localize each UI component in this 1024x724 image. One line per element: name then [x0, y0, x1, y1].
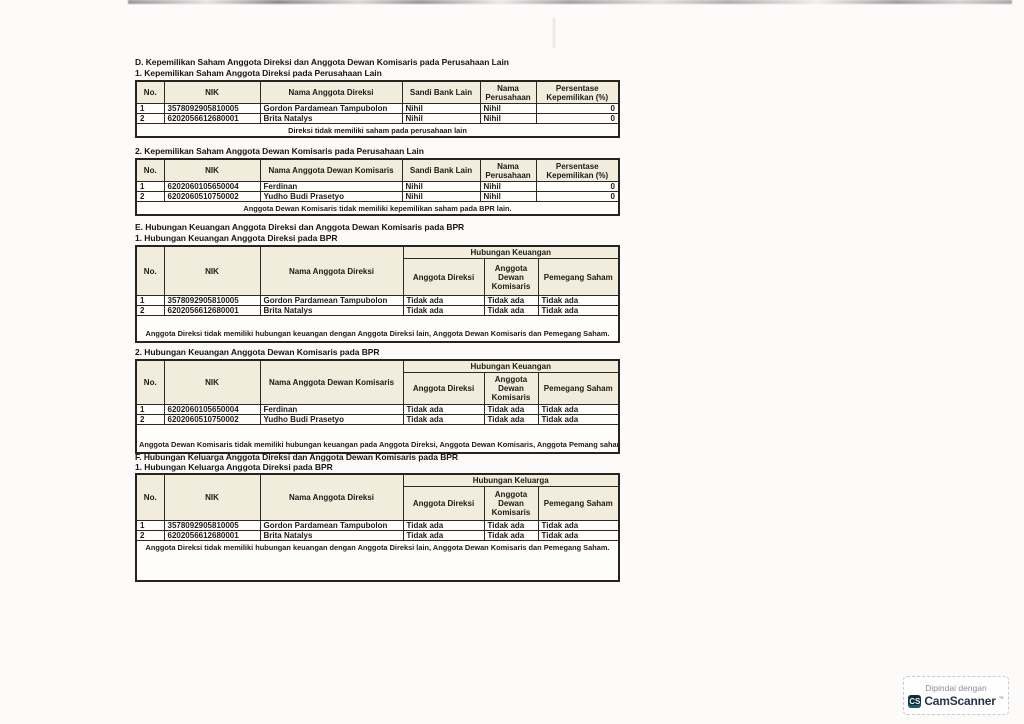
column-header: Anggota Dewan Komisaris	[484, 373, 538, 405]
table-cell: 2	[136, 306, 164, 316]
table-hubungan-keluarga-direksi: No. NIK Nama Anggota Direksi Hubungan Ke…	[135, 473, 620, 582]
table-e2-label: 2. Hubungan Keuangan Anggota Dewan Komis…	[135, 347, 618, 358]
group-header-row: No. NIK Nama Anggota Direksi Hubungan Ke…	[136, 246, 619, 259]
table-cell: 1	[136, 521, 164, 531]
column-header: No.	[136, 81, 164, 104]
scan-edge-artifact	[128, 0, 1012, 4]
column-header: Pemegang Saham	[538, 487, 619, 521]
table-cell: Tidak ada	[484, 296, 538, 306]
table-cell: Nihil	[480, 104, 536, 114]
table-f1-label: 1. Hubungan Keluarga Anggota Direksi pad…	[135, 462, 618, 472]
table-cell: Nihil	[402, 114, 480, 124]
table-cell: Nihil	[480, 192, 536, 202]
table-row: 16202060105650004FerdinanNihilNihil0	[136, 182, 619, 192]
trademark-symbol: ™	[999, 696, 1004, 702]
column-header: No.	[136, 246, 164, 296]
table-cell: Tidak ada	[538, 521, 619, 531]
footer-row: Anggota Dewan Komisaris tidak memiliki k…	[136, 202, 619, 216]
column-header: Sandi Bank Lain	[402, 159, 480, 182]
section-d-table2: 2. Kepemilikan Saham Anggota Dewan Komis…	[135, 146, 618, 216]
camscanner-brand-row: CS CamScanner ™	[908, 694, 1003, 708]
table-hubungan-keuangan-dewan-komisaris: No. NIK Nama Anggota Dewan Komisaris Hub…	[135, 359, 620, 454]
table-cell: Tidak ada	[484, 521, 538, 531]
table-cell: Nihil	[402, 192, 480, 202]
footer-row: Anggota Direksi tidak memiliki hubungan …	[136, 541, 619, 582]
table-cell: Nihil	[402, 104, 480, 114]
section-d-share-ownership: D. Kepemilikan Saham Anggota Direksi dan…	[135, 57, 618, 138]
table-row: 26202060510750002Yudho Budi PrasetyoTida…	[136, 415, 619, 425]
table-footnote: Direksi tidak memiliki saham pada perusa…	[136, 124, 619, 138]
table-row: 26202056612680001Brita NatalysTidak adaT…	[136, 306, 619, 316]
table-cell: 6202060105650004	[164, 182, 260, 192]
column-header: NIK	[164, 246, 260, 296]
column-header: Anggota Dewan Komisaris	[484, 487, 538, 521]
table-cell: 2	[136, 192, 164, 202]
table-cell: Yudho Budi Prasetyo	[260, 192, 402, 202]
table-cell: Tidak ada	[403, 531, 484, 541]
table-cell: 1	[136, 182, 164, 192]
section-e-table2: 2. Hubungan Keuangan Anggota Dewan Komis…	[135, 347, 618, 454]
camscanner-caption: Dipindai dengan	[925, 683, 986, 693]
group-header-row: No. NIK Nama Anggota Dewan Komisaris Hub…	[136, 360, 619, 373]
table-body: 13578092905810005Gordon Pardamean Tampub…	[136, 521, 619, 541]
table-hubungan-keuangan-direksi: No. NIK Nama Anggota Direksi Hubungan Ke…	[135, 245, 620, 343]
table-row: 26202056612680001Brita NatalysTidak adaT…	[136, 531, 619, 541]
column-header: Anggota Direksi	[403, 259, 484, 296]
column-header: Persentase Kepemilikan (%)	[536, 159, 619, 182]
table-cell: 3578092905810005	[164, 521, 260, 531]
table-body: 16202060105650004FerdinanNihilNihil02620…	[136, 182, 619, 202]
table-cell: Brita Natalys	[260, 306, 403, 316]
column-header: No.	[136, 159, 164, 182]
table-cell: Gordon Pardamean Tampubolon	[260, 104, 402, 114]
table-saham-direksi: No. NIK Nama Anggota Direksi Sandi Bank …	[135, 80, 620, 138]
table-body: 13578092905810005Gordon Pardamean Tampub…	[136, 296, 619, 316]
camscanner-logo-icon: CS	[908, 695, 921, 708]
column-header: Sandi Bank Lain	[402, 81, 480, 104]
table-saham-dewan-komisaris: No. NIK Nama Anggota Dewan Komisaris San…	[135, 158, 620, 216]
column-header: Nama Anggota Dewan Komisaris	[260, 360, 403, 405]
camscanner-brand-name: CamScanner	[924, 694, 995, 708]
group-column-header: Hubungan Keuangan	[403, 360, 619, 373]
table-row: 13578092905810005Gordon Pardamean Tampub…	[136, 296, 619, 306]
header-row: No. NIK Nama Anggota Dewan Komisaris San…	[136, 159, 619, 182]
table-body: 16202060105650004FerdinanTidak adaTidak …	[136, 405, 619, 425]
scan-scratch-artifact	[553, 18, 555, 48]
column-header: Nama Anggota Direksi	[260, 81, 402, 104]
table-cell: Gordon Pardamean Tampubolon	[260, 296, 403, 306]
table-cell: 6202056612680001	[164, 114, 260, 124]
table-cell: 3578092905810005	[164, 104, 260, 114]
footer-row: Anggota Direksi tidak memiliki hubungan …	[136, 316, 619, 343]
column-header: Anggota Dewan Komisaris	[484, 259, 538, 296]
table-cell: Nihil	[480, 182, 536, 192]
footer-row: Direksi tidak memiliki saham pada perusa…	[136, 124, 619, 138]
table-row: 13578092905810005Gordon Pardamean Tampub…	[136, 104, 619, 114]
column-header: Pemegang Saham	[538, 259, 619, 296]
section-e-heading: E. Hubungan Keuangan Anggota Direksi dan…	[135, 222, 618, 233]
table-cell: 0	[536, 104, 619, 114]
table-cell: Nihil	[402, 182, 480, 192]
table-cell: 0	[536, 192, 619, 202]
group-column-header: Hubungan Keluarga	[403, 474, 619, 487]
table-cell: Ferdinan	[260, 182, 402, 192]
table-cell: Brita Natalys	[260, 531, 403, 541]
table-cell: 1	[136, 296, 164, 306]
section-f-heading: F. Hubungan Keluarga Anggota Direksi dan…	[135, 452, 618, 462]
camscanner-watermark: Dipindai dengan CS CamScanner ™	[903, 676, 1009, 715]
column-header: Persentase Kepemilikan (%)	[536, 81, 619, 104]
table-footnote: Anggota Direksi tidak memiliki hubungan …	[136, 316, 619, 343]
table-cell: Brita Natalys	[260, 114, 402, 124]
table-cell: 6202060105650004	[164, 405, 260, 415]
table-cell: 2	[136, 114, 164, 124]
table-cell: 1	[136, 405, 164, 415]
table-row: 16202060105650004FerdinanTidak adaTidak …	[136, 405, 619, 415]
table-cell: Yudho Budi Prasetyo	[260, 415, 403, 425]
column-header: NIK	[164, 474, 260, 521]
group-column-header: Hubungan Keuangan	[403, 246, 619, 259]
column-header: NIK	[164, 81, 260, 104]
table-cell: 2	[136, 531, 164, 541]
table-cell: Tidak ada	[484, 415, 538, 425]
table-cell: Tidak ada	[403, 415, 484, 425]
table-footnote: Anggota Dewan Komisaris tidak memiliki h…	[136, 425, 619, 454]
section-f-family-relationship: F. Hubungan Keluarga Anggota Direksi dan…	[135, 452, 618, 582]
column-header: Nama Anggota Dewan Komisaris	[260, 159, 402, 182]
table-cell: 2	[136, 415, 164, 425]
table-cell: Tidak ada	[403, 405, 484, 415]
column-header: NIK	[164, 360, 260, 405]
table-cell: Tidak ada	[484, 405, 538, 415]
column-header: Nama Anggota Direksi	[260, 246, 403, 296]
table-cell: 6202060510750002	[164, 415, 260, 425]
table-cell: Tidak ada	[484, 531, 538, 541]
column-header: Pemegang Saham	[538, 373, 619, 405]
table-cell: Tidak ada	[538, 531, 619, 541]
table-cell: 6202056612680001	[164, 306, 260, 316]
section-d-heading: D. Kepemilikan Saham Anggota Direksi dan…	[135, 57, 618, 68]
table-cell: Tidak ada	[538, 296, 619, 306]
table-e1-label: 1. Hubungan Keuangan Anggota Direksi pad…	[135, 233, 618, 244]
table-d1-label: 1. Kepemilikan Saham Anggota Direksi pad…	[135, 68, 618, 79]
table-cell: Tidak ada	[484, 306, 538, 316]
table-row: 26202056612680001Brita NatalysNihilNihil…	[136, 114, 619, 124]
table-body: 13578092905810005Gordon Pardamean Tampub…	[136, 104, 619, 124]
table-cell: Tidak ada	[403, 306, 484, 316]
table-footnote: Anggota Direksi tidak memiliki hubungan …	[136, 541, 619, 582]
table-cell: Tidak ada	[538, 415, 619, 425]
table-cell: Tidak ada	[538, 306, 619, 316]
table-cell: 6202056612680001	[164, 531, 260, 541]
table-cell: 3578092905810005	[164, 296, 260, 306]
table-cell: Tidak ada	[403, 521, 484, 531]
section-e-financial-relationship: E. Hubungan Keuangan Anggota Direksi dan…	[135, 222, 618, 343]
column-header: Nama Anggota Direksi	[260, 474, 403, 521]
footer-row: Anggota Dewan Komisaris tidak memiliki h…	[136, 425, 619, 454]
table-cell: Tidak ada	[403, 296, 484, 306]
column-header: Nama Perusahaan	[480, 159, 536, 182]
column-header: NIK	[164, 159, 260, 182]
header-row: No. NIK Nama Anggota Direksi Sandi Bank …	[136, 81, 619, 104]
table-cell: Gordon Pardamean Tampubolon	[260, 521, 403, 531]
table-d2-label: 2. Kepemilikan Saham Anggota Dewan Komis…	[135, 146, 618, 157]
table-row: 13578092905810005Gordon Pardamean Tampub…	[136, 521, 619, 531]
table-cell: 0	[536, 182, 619, 192]
column-header: Anggota Direksi	[403, 487, 484, 521]
column-header: Nama Perusahaan	[480, 81, 536, 104]
table-cell: 0	[536, 114, 619, 124]
table-row: 26202060510750002Yudho Budi PrasetyoNihi…	[136, 192, 619, 202]
table-cell: Tidak ada	[538, 405, 619, 415]
table-cell: 1	[136, 104, 164, 114]
table-cell: 6202060510750002	[164, 192, 260, 202]
column-header: No.	[136, 360, 164, 405]
column-header: Anggota Direksi	[403, 373, 484, 405]
table-footnote: Anggota Dewan Komisaris tidak memiliki k…	[136, 202, 619, 216]
scanned-document-page: { "colors": { "table_header_bg": "#f1ecd…	[0, 0, 1024, 724]
table-cell: Ferdinan	[260, 405, 403, 415]
column-header: No.	[136, 474, 164, 521]
group-header-row: No. NIK Nama Anggota Direksi Hubungan Ke…	[136, 474, 619, 487]
table-cell: Nihil	[480, 114, 536, 124]
